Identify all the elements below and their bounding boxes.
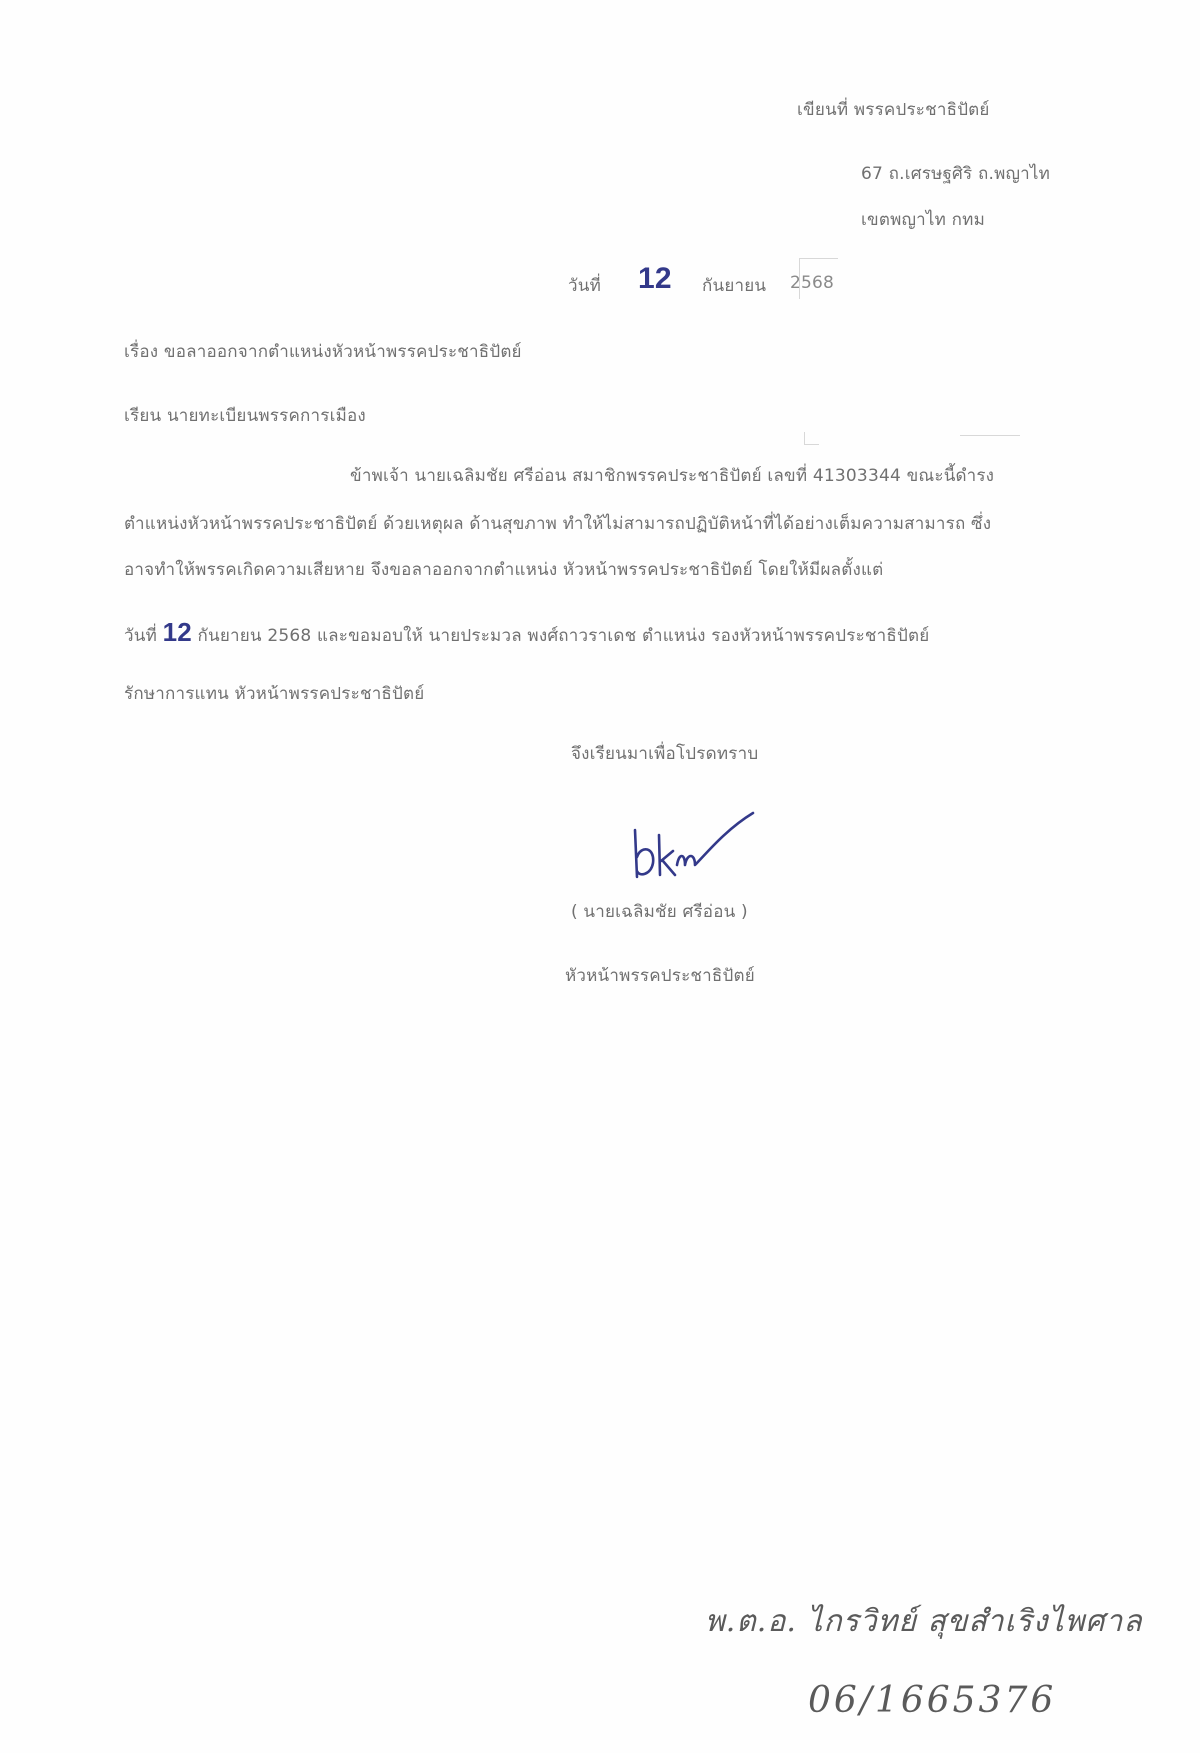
date-day-handwritten: 12 xyxy=(638,262,672,296)
body-line-4-rest: กันยายน 2568 และขอมอบให้ นายประมวล พงศ์ถ… xyxy=(198,626,930,646)
body-line-3: อาจทำให้พรรคเกิดความเสียหาย จึงขอลาออกจา… xyxy=(124,556,883,583)
addressee-text: นายทะเบียนพรรคการเมือง xyxy=(167,406,366,426)
closing: จึงเรียนมาเพื่อโปรดทราบ xyxy=(571,740,758,767)
subject-label: เรื่อง xyxy=(124,342,158,362)
handwritten-phone-number: 06/1665376 xyxy=(808,1680,1056,1721)
signer-name: ( นายเฉลิมชัย ศรีอ่อน ) xyxy=(571,898,748,925)
date-label: วันที่ xyxy=(568,272,601,299)
written-at-label: เขียนที่ xyxy=(797,100,848,120)
body-line-2: ตำแหน่งหัวหน้าพรรคประชาธิปัตย์ ด้วยเหตุผ… xyxy=(124,510,991,537)
written-at: เขียนที่ พรรคประชาธิปัตย์ xyxy=(797,96,990,123)
body-date-day-handwritten: 12 xyxy=(163,617,192,647)
signer-title: หัวหน้าพรรคประชาธิปัตย์ xyxy=(565,962,755,989)
body-date-label: วันที่ xyxy=(124,626,157,646)
stray-mark xyxy=(804,432,819,445)
stray-mark xyxy=(960,435,1020,436)
body-line-4: วันที่ 12 กันยายน 2568 และขอมอบให้ นายปร… xyxy=(124,617,929,649)
date-month: กันยายน xyxy=(702,272,766,299)
letter-page: เขียนที่ พรรคประชาธิปัตย์ 67 ถ.เศรษฐศิริ… xyxy=(0,0,1200,1753)
addressee-label: เรียน xyxy=(124,406,161,426)
subject: เรื่อง ขอลาออกจากตำแหน่งหัวหน้าพรรคประชา… xyxy=(124,338,522,365)
body-line-1: ข้าพเจ้า นายเฉลิมชัย ศรีอ่อน สมาชิกพรรคป… xyxy=(350,462,994,489)
body-line-5: รักษาการแทน หัวหน้าพรรคประชาธิปัตย์ xyxy=(124,680,424,707)
address-line-1: 67 ถ.เศรษฐศิริ ถ.พญาไท xyxy=(861,160,1050,187)
correction-mark xyxy=(799,258,838,299)
address-line-2: เขตพญาไท กทม xyxy=(861,206,985,233)
written-at-value: พรรคประชาธิปัตย์ xyxy=(854,100,990,120)
addressee: เรียน นายทะเบียนพรรคการเมือง xyxy=(124,402,366,429)
handwritten-receiver-name: พ.ต.อ. ไกรวิทย์ สุขสำเริงไพศาล xyxy=(705,1598,1143,1645)
subject-text: ขอลาออกจากตำแหน่งหัวหน้าพรรคประชาธิปัตย์ xyxy=(164,342,522,362)
signature-icon xyxy=(625,795,765,885)
